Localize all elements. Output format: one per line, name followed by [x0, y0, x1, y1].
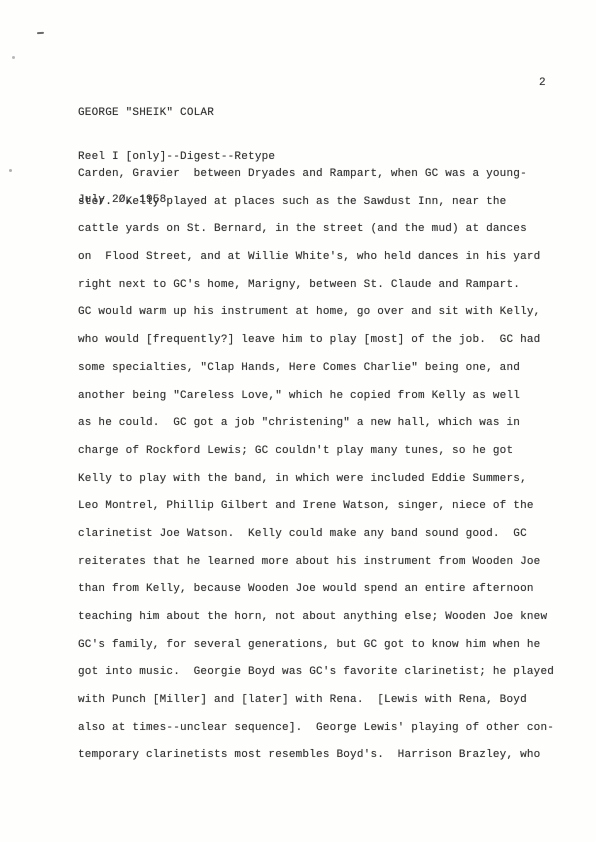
body-text-line: clarinetist Joe Watson. Kelly could make…: [78, 521, 554, 549]
body-text-line: on Flood Street, and at Willie White's, …: [78, 244, 554, 272]
body-text-line: got into music. Georgie Boyd was GC's fa…: [78, 659, 554, 687]
body-text-line: than from Kelly, because Wooden Joe woul…: [78, 576, 554, 604]
body-text-line: charge of Rockford Lewis; GC couldn't pl…: [78, 438, 554, 466]
body-text-line: with Punch [Miller] and [later] with Ren…: [78, 687, 554, 715]
body-text-line: GC would warm up his instrument at home,…: [78, 299, 554, 327]
body-text-line: also at times--unclear sequence]. George…: [78, 715, 554, 743]
body-text-line: cattle yards on St. Bernard, in the stre…: [78, 216, 554, 244]
body-text-line: temporary clarinetists most resembles Bo…: [78, 742, 554, 770]
header-title: GEORGE "SHEIK" COLAR: [78, 106, 275, 121]
page-number: 2: [539, 77, 546, 89]
body-text-line: reiterates that he learned more about hi…: [78, 549, 554, 577]
body-text-line: some specialties, "Clap Hands, Here Come…: [78, 355, 554, 383]
body-text-line: right next to GC's home, Marigny, betwee…: [78, 272, 554, 300]
document-body: Carden, Gravier between Dryades and Ramp…: [78, 161, 554, 770]
scan-artifact-dash: [37, 32, 44, 34]
body-text-line: Leo Montrel, Phillip Gilbert and Irene W…: [78, 493, 554, 521]
body-text-line: another being "Careless Love," which he …: [78, 383, 554, 411]
body-text-line: ster. Kelly played at places such as the…: [78, 189, 554, 217]
body-text-line: Carden, Gravier between Dryades and Ramp…: [78, 161, 554, 189]
body-text-line: teaching him about the horn, not about a…: [78, 604, 554, 632]
scan-artifact-speck: [12, 56, 15, 59]
body-text-line: as he could. GC got a job "christening" …: [78, 410, 554, 438]
body-text-line: GC's family, for several generations, bu…: [78, 632, 554, 660]
body-text-line: Kelly to play with the band, in which we…: [78, 466, 554, 494]
scan-artifact-speck: [9, 169, 12, 172]
body-text-line: who would [frequently?] leave him to pla…: [78, 327, 554, 355]
document-page: GEORGE "SHEIK" COLAR Reel I [only]--Dige…: [0, 0, 596, 842]
